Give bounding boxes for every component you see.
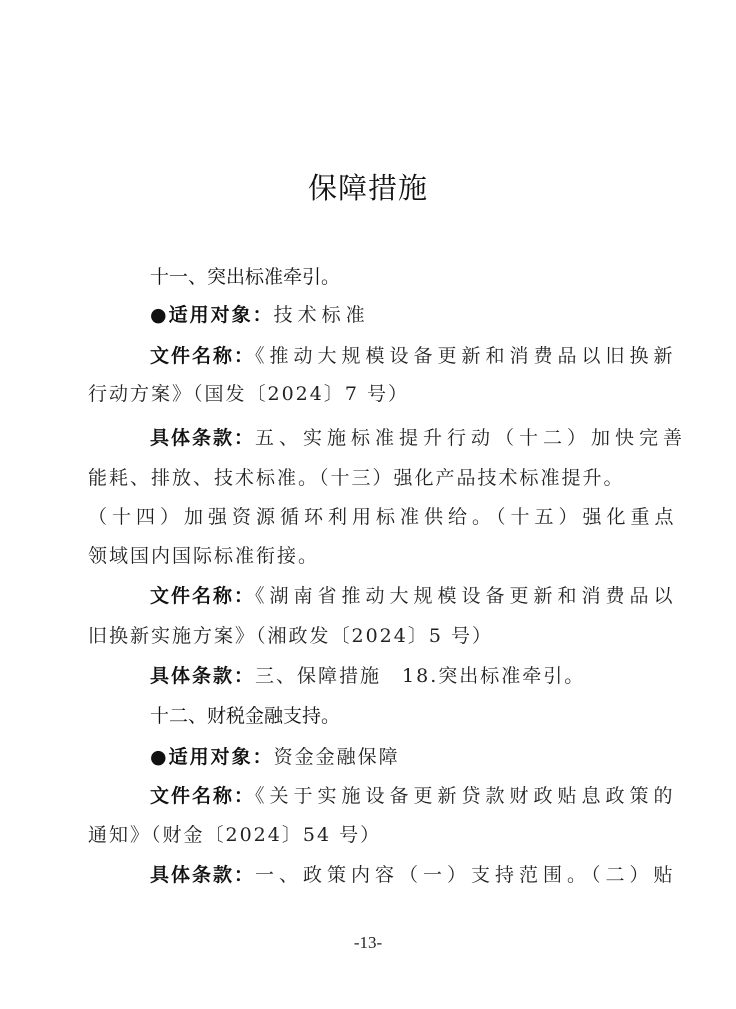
applicable-value: 技术标准 [274,304,370,326]
file-name-row: 文件名称：《关于实施设备更新贷款财政贴息政策的 [150,781,678,808]
file-name-value: 《推动大规模设备更新和消费品以旧换新 [255,345,678,367]
applicable-row-11: ●适用对象：技术标准 [150,300,370,327]
file-name-label: 文件名称： [150,345,255,367]
file-name-row: 文件名称：《湖南省推动大规模设备更新和消费品以 [150,581,678,608]
section-heading-12: 十二、财税金融支持。 [150,701,340,728]
clause-label: 具体条款： [150,427,255,449]
page-number: -13- [0,933,736,953]
clause-label: 具体条款： [150,665,255,687]
applicable-row-12: ●适用对象：资金金融保障 [150,742,400,769]
applicable-value: 资金金融保障 [274,746,400,768]
clause-row: 具体条款：三、保障措施 18.突出标准牵引。 [150,661,585,688]
clause-value: 三、保障措施 18.突出标准牵引。 [255,665,585,687]
clause-continued: 领域国内国际标准衔接。 [88,541,319,568]
clause-continued: （十四）加强资源循环利用标准供给。（十五）强化重点 [88,502,679,529]
clause-label: 具体条款： [150,864,255,886]
file-name-continued: 行动方案》（国发〔2024〕7 号） [88,379,409,406]
page-title: 保障措施 [0,166,736,207]
applicable-label: ●适用对象： [150,304,274,326]
clause-value: 五、实施标准提升行动（十二）加快完善 [255,427,687,449]
file-name-label: 文件名称： [150,585,255,607]
applicable-label: ●适用对象： [150,746,274,768]
clause-row: 具体条款：一、政策内容（一）支持范围。（二）贴 [150,860,678,887]
file-name-label: 文件名称： [150,785,255,807]
file-name-continued: 旧换新实施方案》（湘政发〔2024〕5 号） [88,621,493,648]
file-name-continued: 通知》（财金〔2024〕54 号） [88,820,381,847]
file-name-value: 《湖南省推动大规模设备更新和消费品以 [255,585,678,607]
clause-continued: 能耗、排放、技术标准。（十三）强化产品技术标准提升。 [88,463,625,490]
clause-row: 具体条款：五、实施标准提升行动（十二）加快完善 [150,423,687,450]
clause-value: 一、政策内容（一）支持范围。（二）贴 [255,864,678,886]
file-name-value: 《关于实施设备更新贷款财政贴息政策的 [255,785,678,807]
file-name-row: 文件名称：《推动大规模设备更新和消费品以旧换新 [150,341,678,368]
section-heading-11: 十一、突出标准牵引。 [150,262,340,289]
